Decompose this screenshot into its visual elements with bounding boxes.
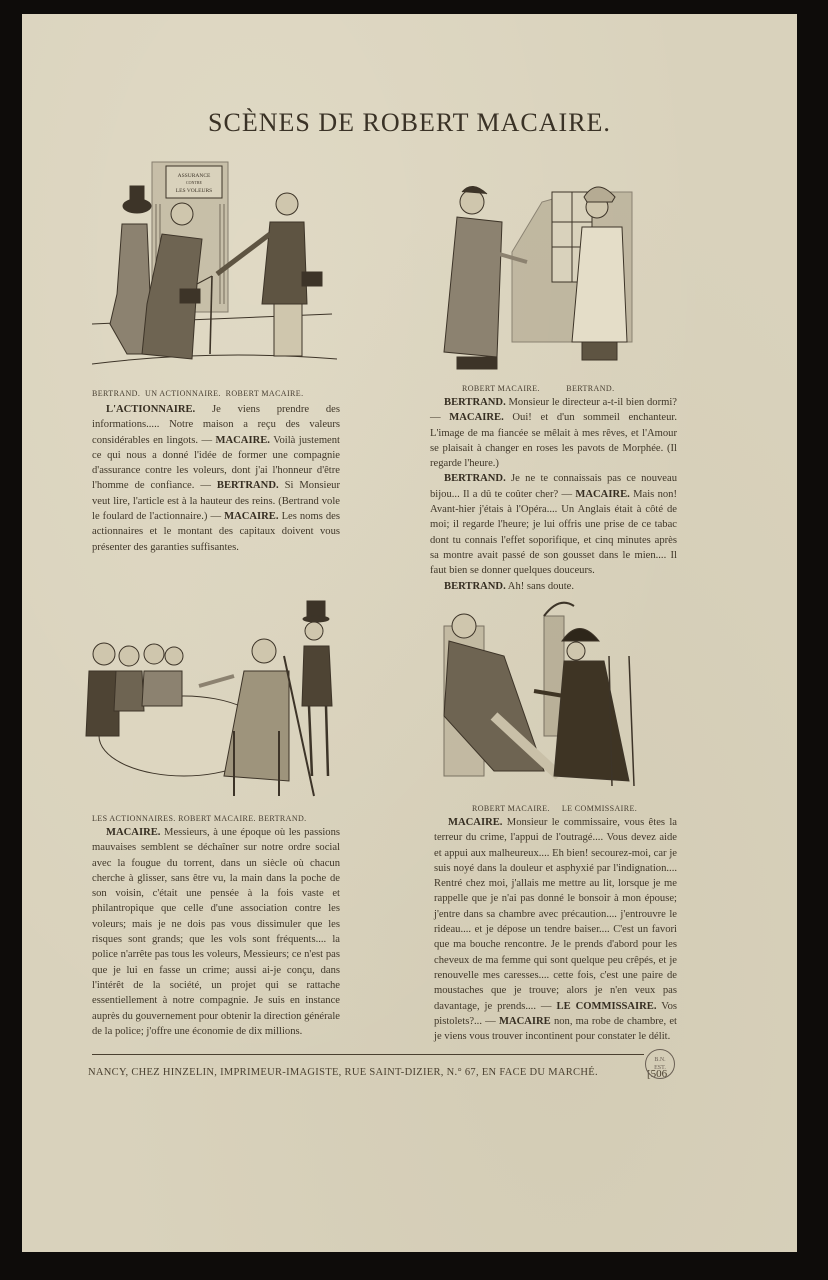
caption-character: ROBERT MACAIRE. <box>472 804 550 813</box>
footer-rule <box>92 1054 644 1055</box>
caption-character: UN ACTIONNAIRE. <box>145 389 221 398</box>
engraving-assurance-icon: ASSURANCE CONTRE LES VOLEURS <box>92 154 344 386</box>
library-stamp-icon: B.N. EST. <box>645 1049 675 1079</box>
caption-character: LE COMMISSAIRE. <box>562 804 637 813</box>
caption-character: BERTRAND. <box>566 384 614 393</box>
dialogue-text: Monsieur le commissaire, vous êtes la te… <box>434 817 677 1012</box>
imprint-line: NANCY, CHEZ HINZELIN, IMPRIMEUR-IMAGISTE… <box>88 1067 598 1078</box>
dialogue-scene-4: MACAIRE. Monsieur le commissaire, vous ê… <box>434 815 677 1044</box>
caption-character: ROBERT MACAIRE. <box>226 389 304 398</box>
illustration-scene-2 <box>432 172 657 380</box>
speaker-name: MACAIRE. <box>216 435 270 446</box>
page-title: SCÈNES DE ROBERT MACAIRE. <box>22 108 797 138</box>
illustration-scene-1: ASSURANCE CONTRE LES VOLEURS <box>92 154 344 386</box>
engraving-table-icon <box>74 596 342 800</box>
caption-scene-4: ROBERT MACAIRE. LE COMMISSAIRE. <box>472 804 637 813</box>
dialogue-text: Mais non! Avant-hier j'étais à l'Opéra..… <box>430 489 677 576</box>
caption-character: BERTRAND. <box>92 389 140 398</box>
speaker-name: MACAIRE. <box>449 412 503 423</box>
dialogue-text: Messieurs, à une époque où les passions … <box>92 827 340 1037</box>
dialogue-paragraph: BERTRAND. Je ne te connaissais pas ce no… <box>430 471 677 578</box>
speaker-name: BERTRAND. <box>444 473 506 484</box>
caption-scene-2: ROBERT MACAIRE. BERTRAND. <box>462 384 614 393</box>
speaker-name: MACAIRE. <box>224 511 278 522</box>
speaker-name: BERTRAND. <box>217 480 279 491</box>
broadside-sheet: SCÈNES DE ROBERT MACAIRE. <box>22 14 797 1252</box>
dialogue-paragraph: MACAIRE. Monsieur le commissaire, vous ê… <box>434 815 677 1044</box>
caption-character: LES ACTIONNAIRES. <box>92 814 176 823</box>
dialogue-scene-1: L'ACTIONNAIRE. Je viens prendre des info… <box>92 402 340 555</box>
dialogue-scene-2: BERTRAND. Monsieur le directeur a-t-il b… <box>430 395 677 594</box>
svg-text:CONTRE: CONTRE <box>186 180 203 185</box>
illustration-scene-3 <box>74 596 342 800</box>
speaker-name: MACAIRE. <box>448 817 502 828</box>
svg-text:LES VOLEURS: LES VOLEURS <box>176 188 212 194</box>
svg-text:ASSURANCE: ASSURANCE <box>178 173 211 179</box>
caption-scene-3: LES ACTIONNAIRES. ROBERT MACAIRE. BERTRA… <box>92 814 307 823</box>
illustration-scene-4 <box>434 596 646 792</box>
caption-character: BERTRAND. <box>258 814 306 823</box>
dialogue-paragraph: BERTRAND. Ah! sans doute. <box>430 579 677 594</box>
speaker-name: L'ACTIONNAIRE. <box>106 404 195 415</box>
dialogue-paragraph: L'ACTIONNAIRE. Je viens prendre des info… <box>92 402 340 555</box>
speaker-name: BERTRAND. <box>444 581 506 592</box>
stamp-line: EST. <box>646 1064 674 1072</box>
caption-character: ROBERT MACAIRE. <box>178 814 256 823</box>
speaker-name: LE COMMISSAIRE. <box>557 1001 657 1012</box>
speaker-name: MACAIRE <box>499 1016 551 1027</box>
dialogue-paragraph: BERTRAND. Monsieur le directeur a-t-il b… <box>430 395 677 471</box>
dialogue-text: Ah! sans doute. <box>506 581 574 592</box>
caption-character: ROBERT MACAIRE. <box>462 384 540 393</box>
speaker-name: MACAIRE. <box>575 489 629 500</box>
caption-scene-1: BERTRAND. UN ACTIONNAIRE. ROBERT MACAIRE… <box>92 389 303 398</box>
speaker-name: BERTRAND. <box>444 397 506 408</box>
engraving-commissaire-icon <box>434 596 646 792</box>
dialogue-scene-3: MACAIRE. Messieurs, à une époque où les … <box>92 825 340 1039</box>
dialogue-paragraph: MACAIRE. Messieurs, à une époque où les … <box>92 825 340 1039</box>
engraving-window-icon <box>432 172 657 380</box>
speaker-name: MACAIRE. <box>106 827 160 838</box>
stamp-line: B.N. <box>646 1056 674 1064</box>
